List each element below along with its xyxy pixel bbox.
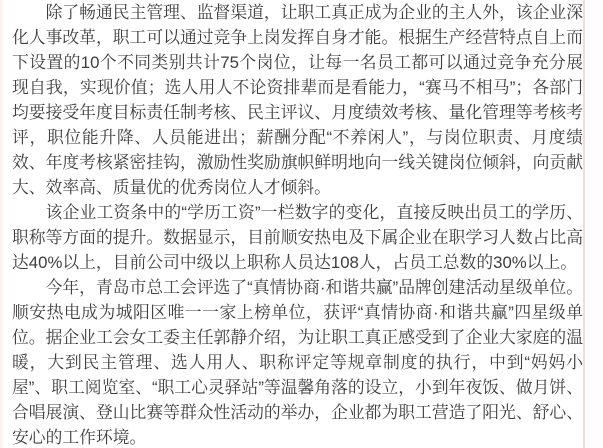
article-paragraph: 该企业工资条中的“学历工资”一栏数字的变化，直接反映出员工的学历、职称等方面的提… <box>12 200 583 275</box>
article-paragraph: 除了畅通民主管理、监督渠道，让职工真正成为企业的主人外，该企业深化人事改革，职工… <box>12 0 583 200</box>
page-edge-line <box>583 0 585 448</box>
page-right-gutter <box>585 0 603 448</box>
article-body: 除了畅通民主管理、监督渠道，让职工真正成为企业的主人外，该企业深化人事改革，职工… <box>12 0 583 448</box>
page-left-edge-tint <box>0 0 3 448</box>
article-paragraph: 今年，青岛市总工会评选了“真情协商·和谐共赢”品牌创建活动星级单位。顺安热电成为… <box>12 275 583 448</box>
